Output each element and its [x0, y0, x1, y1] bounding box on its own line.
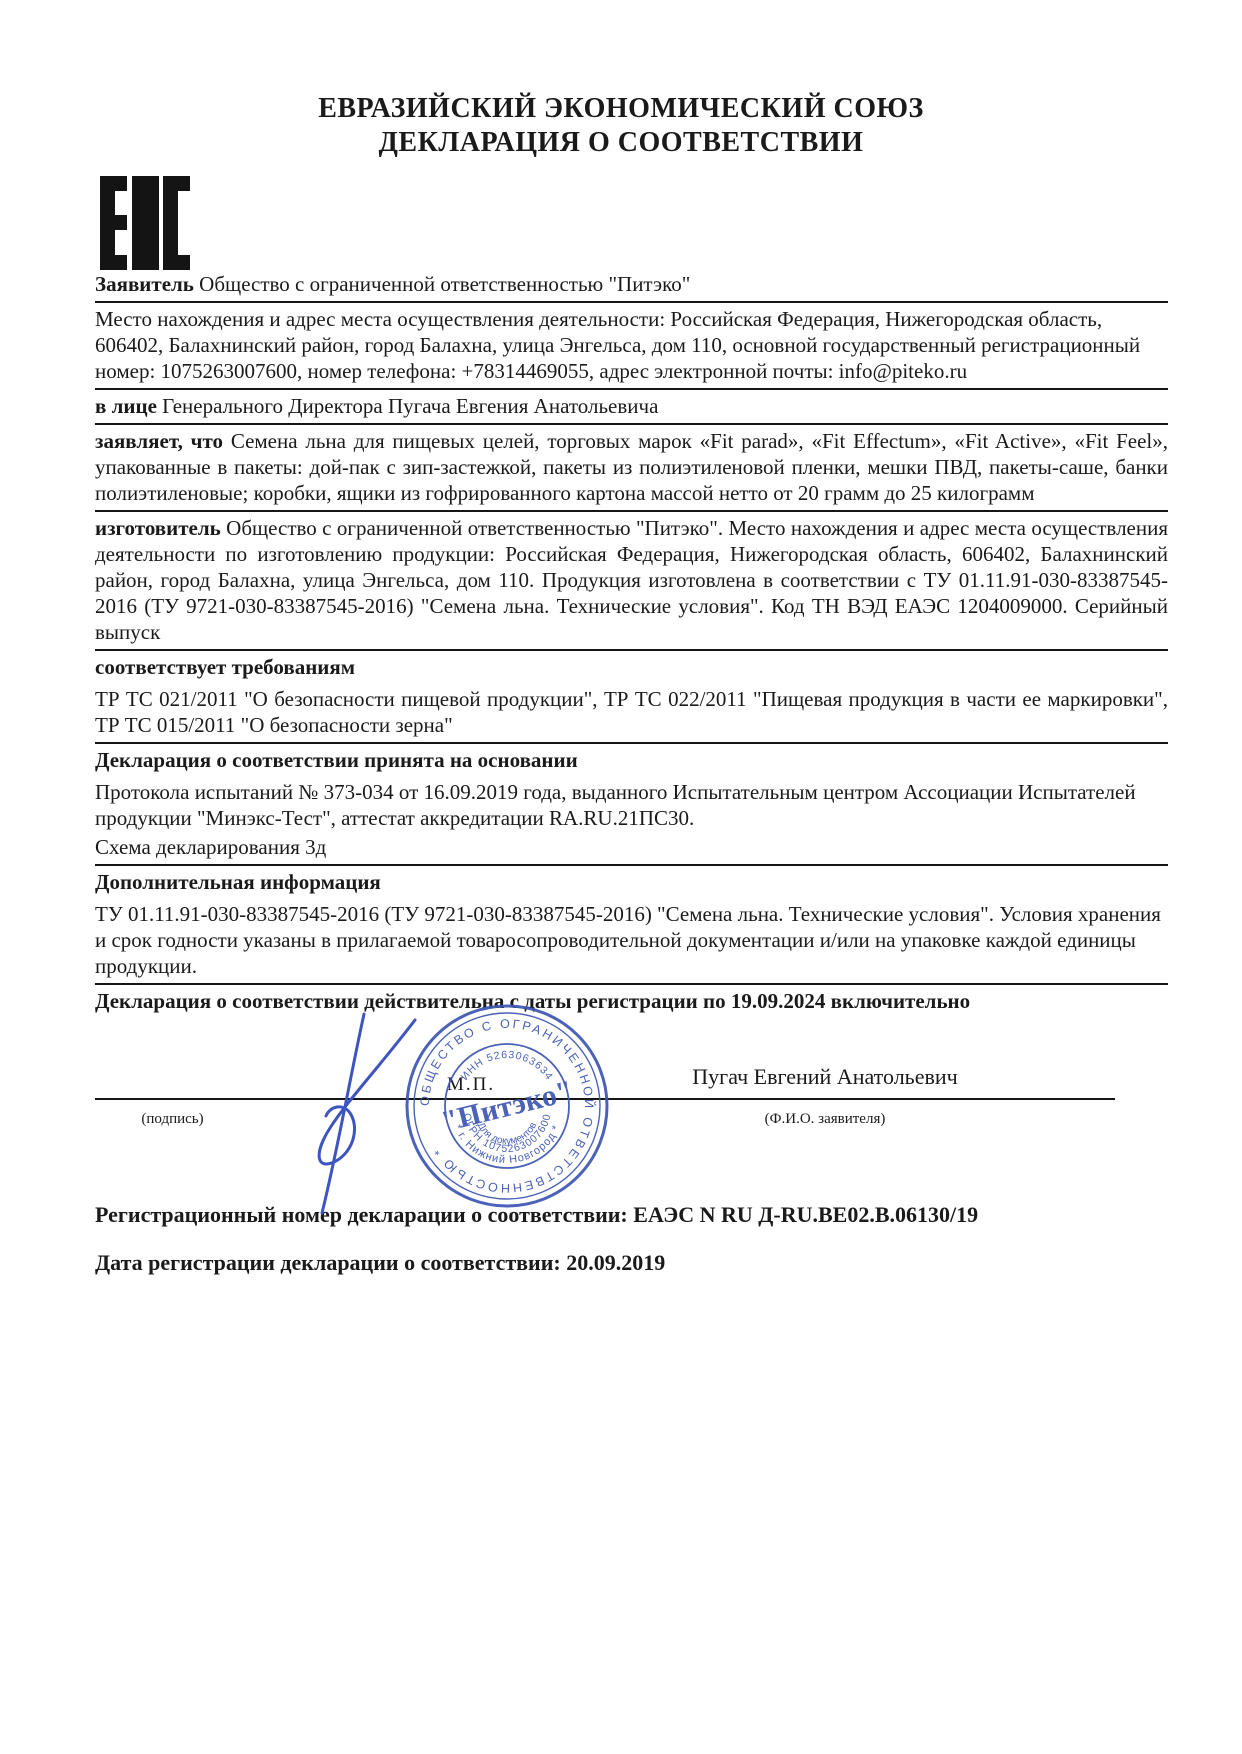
signature-caption: (подпись) [110, 1106, 235, 1132]
section-divider [95, 742, 1168, 744]
manufacturer-paragraph: изготовитель Общество с ограниченной отв… [95, 515, 1168, 645]
title-line-union: ЕВРАЗИЙСКИЙ ЭКОНОМИЧЕСКИЙ СОЮЗ [0, 92, 1242, 126]
registration-date-label: Дата регистрации декларации о соответств… [95, 1250, 561, 1275]
declares-paragraph: заявляет, что Семена льна для пищевых це… [95, 428, 1168, 506]
section-divider [95, 649, 1168, 651]
title-line-declaration: ДЕКЛАРАЦИЯ О СООТВЕТСТВИИ [0, 126, 1242, 160]
applicant-fullname: Пугач Евгений Анатольевич [650, 1064, 1000, 1090]
declares-label: заявляет, что [95, 429, 223, 453]
section-divider [95, 983, 1168, 985]
additional-info-text: ТУ 01.11.91-030-83387545-2016 (ТУ 9721-0… [95, 901, 1168, 979]
additional-info-heading: Дополнительная информация [95, 869, 1168, 895]
represented-by-line: в лице Генерального Директора Пугача Евг… [95, 393, 1168, 419]
registration-number-line: Регистрационный номер декларации о соотв… [95, 1202, 1168, 1228]
validity-line: Декларация о соответствии действительна … [95, 988, 1168, 1014]
fullname-caption: (Ф.И.О. заявителя) [650, 1106, 1000, 1132]
basis-heading: Декларация о соответствии принята на осн… [95, 747, 1168, 773]
applicant-label: Заявитель [95, 272, 194, 296]
manufacturer-text: Общество с ограниченной ответственностью… [95, 516, 1168, 644]
applicant-address: Место нахождения и адрес места осуществл… [95, 306, 1168, 384]
registration-date-value: 20.09.2019 [566, 1250, 665, 1275]
section-divider [95, 510, 1168, 512]
registration-number-value: ЕАЭС N RU Д-RU.ВЕ02.В.06130/19 [633, 1202, 978, 1227]
section-divider [95, 864, 1168, 866]
manufacturer-label: изготовитель [95, 516, 221, 540]
applicant-line: Заявитель Общество с ограниченной ответс… [95, 271, 1168, 297]
complies-heading: соответствует требованиям [95, 654, 1168, 680]
section-divider [95, 301, 1168, 303]
represented-by-label: в лице [95, 394, 157, 418]
scheme-line: Схема декларирования 3д [95, 834, 1168, 860]
represented-by-value: Генерального Директора Пугача Евгения Ан… [162, 394, 658, 418]
complies-text: ТР ТС 021/2011 "О безопасности пищевой п… [95, 686, 1168, 738]
company-stamp: ОБЩЕСТВО С ОГРАНИЧЕННОЙ ОТВЕТСТВЕННОСТЬЮ… [395, 994, 619, 1218]
document-title: ЕВРАЗИЙСКИЙ ЭКОНОМИЧЕСКИЙ СОЮЗ ДЕКЛАРАЦИ… [0, 92, 1242, 160]
document-page: ЕВРАЗИЙСКИЙ ЭКОНОМИЧЕСКИЙ СОЮЗ ДЕКЛАРАЦИ… [0, 0, 1242, 1754]
section-divider [95, 388, 1168, 390]
applicant-value: Общество с ограниченной ответственностью… [199, 272, 690, 296]
declares-text: Семена льна для пищевых целей, торговых … [95, 429, 1168, 505]
section-divider [95, 423, 1168, 425]
basis-text: Протокола испытаний № 373-034 от 16.09.2… [95, 779, 1168, 831]
signature-area: (подпись) Пугач Евгений Анатольевич (Ф.И… [95, 1020, 1168, 1188]
registration-date-line: Дата регистрации декларации о соответств… [95, 1250, 1168, 1276]
eac-mark-icon [100, 176, 190, 270]
document-body: Заявитель Общество с ограниченной ответс… [95, 268, 1168, 1276]
